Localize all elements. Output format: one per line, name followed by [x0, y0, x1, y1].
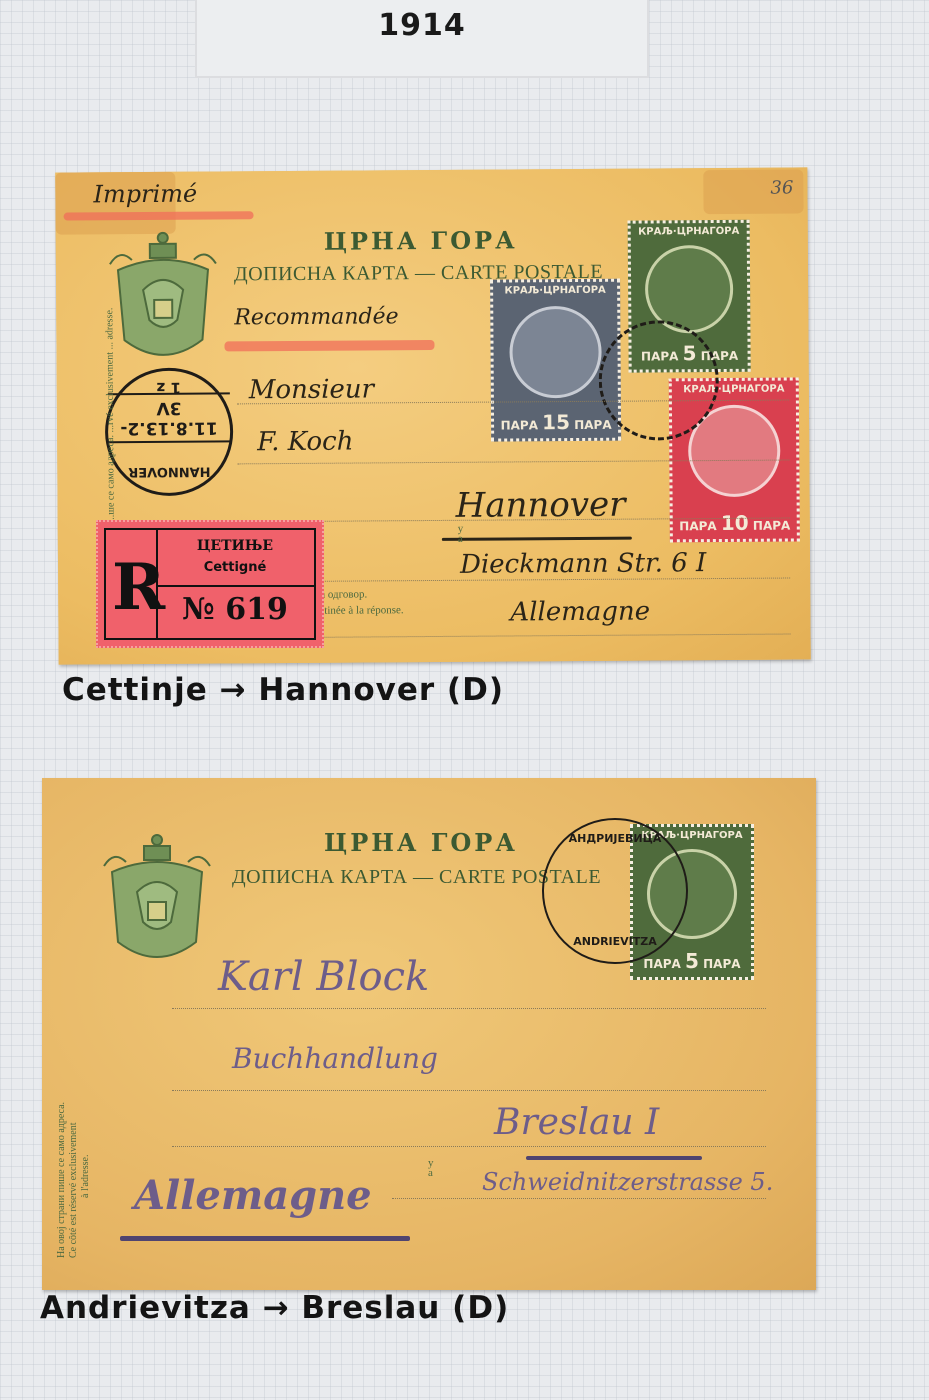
- address-street: Schweidnitzerstrasse 5.: [482, 1168, 773, 1196]
- registration-city-latin: Cettigné: [156, 560, 314, 575]
- postmark-city-cyrillic: АНДРИЈЕВИЦА: [544, 832, 686, 845]
- country-underline: [120, 1236, 410, 1241]
- postmark-city: HANNOVER: [108, 463, 230, 479]
- stamp-value: ПАРА 10 ПАРА: [673, 510, 797, 535]
- king-portrait-icon: [509, 306, 602, 399]
- address-line2: Buchhandlung: [232, 1042, 438, 1075]
- registration-city-cyrillic: ЦЕТИЊЕ: [156, 538, 314, 554]
- caption-card-2: Andrievitza → Breslau (D): [40, 1290, 509, 1326]
- registration-label-frame: R ЦЕТИЊЕ Cettigné № 619: [104, 528, 316, 640]
- address-street: Dieckmann Str. 6 I: [460, 548, 706, 580]
- montenegro-coat-of-arms-icon: [92, 832, 222, 972]
- pencil-note: 36: [770, 177, 793, 198]
- address-city: Breslau I: [494, 1102, 659, 1143]
- stamp-value: ПАРА 15 ПАРА: [494, 410, 618, 435]
- caption-card-1: Cettinje → Hannover (D): [62, 672, 504, 708]
- ya-mark: у а: [458, 524, 468, 544]
- title-box: 1914: [195, 0, 649, 78]
- address-line: [172, 1090, 766, 1091]
- cettinje-postmark: [598, 320, 719, 441]
- postmark-date: 11.8.13.2-3V: [108, 392, 230, 443]
- red-crayon-underline: [224, 340, 434, 351]
- city-underline: [526, 1156, 702, 1160]
- side-print-line: à l'adresse.: [80, 1102, 92, 1258]
- registration-label: R ЦЕТИЊЕ Cettigné № 619: [96, 520, 324, 648]
- postcard-andrievitza-breslau: ЦРНА ГОРА ДОПИСНА КАРТА — CARTE POSTALE …: [42, 778, 816, 1290]
- header-crna-gora: ЦРНА ГОРА: [324, 225, 518, 255]
- registration-number: № 619: [156, 592, 314, 627]
- postmark-code: 1 z: [108, 378, 230, 397]
- side-print-line: Ce côté est réservé exclusivement: [68, 1102, 80, 1258]
- address-city: Hannover: [455, 485, 625, 526]
- address-country: Allemagne: [134, 1172, 372, 1219]
- imprime-inscription: Imprimé: [93, 180, 197, 209]
- address-line: [392, 1198, 766, 1199]
- andrievitza-postmark: АНДРИЈЕВИЦА ANDRIEVITZA: [542, 818, 688, 964]
- recommandee-inscription: Recommandée: [234, 304, 398, 330]
- address-line: [172, 1146, 766, 1147]
- year-heading: 1914: [197, 8, 647, 43]
- address-name: Karl Block: [218, 954, 429, 1000]
- stamp-inscription: КРАЉ·ЦРНАГОРА: [493, 285, 617, 297]
- address-name: F. Koch: [257, 427, 353, 458]
- red-crayon-underline: [64, 211, 254, 220]
- city-underline: [442, 537, 632, 541]
- postmark-city: ANDRIEVITZA: [544, 935, 686, 948]
- side-print: ...ше се само адреса. ...rvé exclusiveme…: [104, 308, 117, 523]
- address-line: [172, 1008, 766, 1009]
- divider: [156, 585, 314, 587]
- ya-mark: у а: [428, 1158, 438, 1178]
- side-print-line: На овој страни пише се само адреса.: [56, 1102, 68, 1258]
- hannover-postmark: HANNOVER 11.8.13.2-3V 1 z: [105, 367, 234, 496]
- address-country: Allemagne: [510, 596, 650, 627]
- address-salutation: Monsieur: [249, 374, 374, 405]
- montenegro-coat-of-arms-icon: [98, 229, 229, 370]
- header-crna-gora: ЦРНА ГОРА: [324, 828, 518, 857]
- stamp-inscription: КРАЉ·ЦРНАГОРА: [631, 226, 747, 238]
- side-print: На овој страни пише се само адреса. Ce c…: [56, 1102, 92, 1258]
